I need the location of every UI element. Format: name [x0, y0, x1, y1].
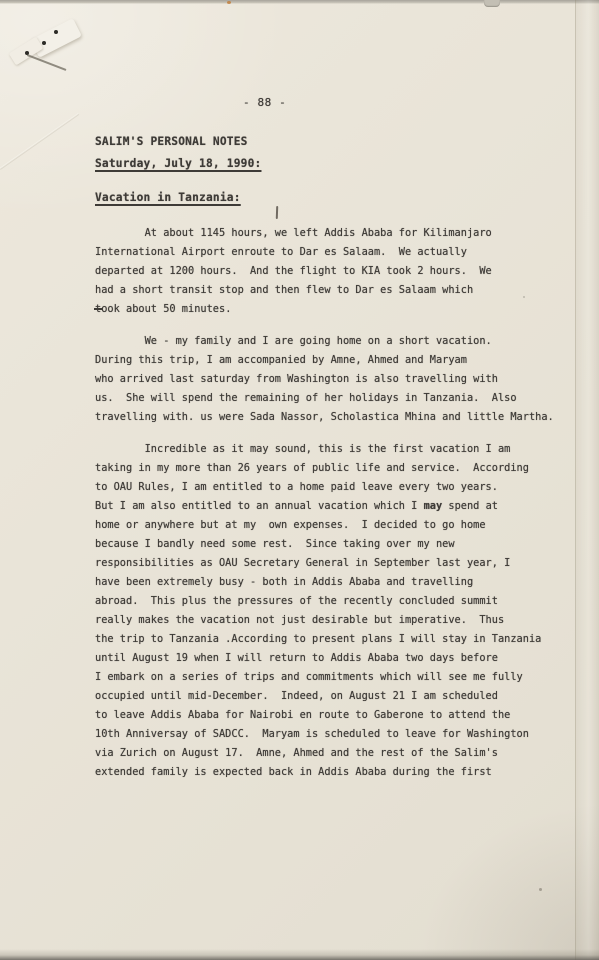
text-line: home or anywhere but at my own expenses.…	[95, 516, 554, 535]
text-line: had a short transit stop and then flew t…	[95, 281, 554, 300]
text-line: taking in my more than 26 years of publi…	[95, 459, 554, 478]
text-line: International Airport enroute to Dar es …	[95, 243, 554, 262]
paragraph: At about 1145 hours, we left Addis Ababa…	[95, 224, 554, 319]
staple-wire-shadow	[27, 54, 67, 71]
text-line: us. She will spend the remaining of her …	[95, 389, 554, 408]
text-line: At about 1145 hours, we left Addis Ababa…	[95, 224, 554, 243]
notes-title: SALIM'S PERSONAL NOTES	[95, 131, 261, 153]
page-number: - 88 -	[243, 96, 286, 109]
scan-speck	[539, 888, 542, 891]
text-line: departed at 1200 hours. And the flight t…	[95, 262, 554, 281]
scan-top-edge	[0, 0, 599, 4]
document-body: At about 1145 hours, we left Addis Ababa…	[95, 224, 554, 795]
text-line: But I am also entitled to an annual vaca…	[95, 497, 554, 516]
scanned-document-page: - 88 - SALIM'S PERSONAL NOTES Saturday, …	[0, 0, 599, 960]
scan-top-notch	[484, 0, 500, 7]
text-line: extended family is expected back in Addi…	[95, 763, 554, 782]
paragraph: Incredible as it may sound, this is the …	[95, 440, 554, 782]
stray-pen-mark	[276, 206, 278, 219]
text-line: took about 50 minutes.	[95, 300, 554, 319]
text-line: until August 19 when I will return to Ad…	[95, 649, 554, 668]
scan-speck-orange	[227, 1, 231, 4]
staple-hole	[54, 30, 58, 34]
text-line: occupied until mid-December. Indeed, on …	[95, 687, 554, 706]
text-line: because I bandly need some rest. Since t…	[95, 535, 554, 554]
text-line: who arrived last saturday from Washingto…	[95, 370, 554, 389]
text-line: I embark on a series of trips and commit…	[95, 668, 554, 687]
paper-crease	[0, 113, 79, 170]
text-line: have been extremely busy - both in Addis…	[95, 573, 554, 592]
section-heading: Vacation in Tanzania:	[95, 191, 241, 204]
text-line: to OAU Rules, I am entitled to a home pa…	[95, 478, 554, 497]
text-line: to leave Addis Ababa for Nairobi en rout…	[95, 706, 554, 725]
text-line: We - my family and I are going home on a…	[95, 332, 554, 351]
text-line: During this trip, I am accompanied by Am…	[95, 351, 554, 370]
paragraph: We - my family and I are going home on a…	[95, 332, 554, 427]
text-line: Incredible as it may sound, this is the …	[95, 440, 554, 459]
paper-fold	[30, 18, 82, 58]
text-line: travelling with. us were Sada Nassor, Sc…	[95, 408, 554, 427]
staple-hole	[42, 41, 46, 45]
text-line: abroad. This plus the pressures of the r…	[95, 592, 554, 611]
text-line: via Zurich on August 17. Amne, Ahmed and…	[95, 744, 554, 763]
scan-bottom-edge	[0, 949, 599, 960]
notes-date: Saturday, July 18, 1990:	[95, 153, 261, 175]
text-line: responsibilities as OAU Secretary Genera…	[95, 554, 554, 573]
text-line: really makes the vacation not just desir…	[95, 611, 554, 630]
text-line: 10th Anniversay of SADCC. Maryam is sche…	[95, 725, 554, 744]
scan-right-edge	[575, 0, 599, 960]
staple-fold-mark	[6, 18, 96, 88]
notes-header: SALIM'S PERSONAL NOTES Saturday, July 18…	[95, 131, 261, 175]
text-line: the trip to Tanzania .According to prese…	[95, 630, 554, 649]
